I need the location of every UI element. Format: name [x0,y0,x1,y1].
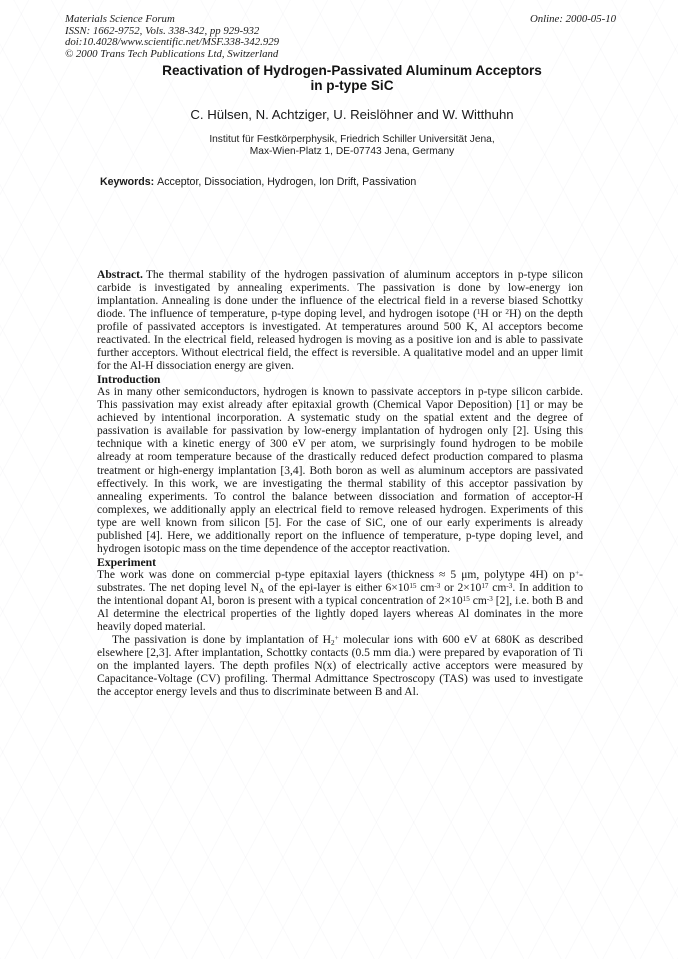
front-matter: Reactivation of Hydrogen-Passivated Alum… [0,63,678,159]
paper-title: Reactivation of Hydrogen-Passivated Alum… [26,63,678,94]
paper-body: Abstract.The thermal stability of the hy… [97,269,583,700]
affiliation: Institut für Festkörperphysik, Friedrich… [26,134,678,159]
paper-title-line-1: Reactivation of Hydrogen-Passivated Alum… [26,63,678,79]
online-date: Online: 2000-05-10 [530,14,616,26]
section-heading-experiment: Experiment [97,556,583,569]
journal-header: Materials Science Forum ISSN: 1662-9752,… [0,14,678,61]
section-heading-introduction: Introduction [97,373,583,386]
experiment-paragraph-1: The work was done on commercial p-type e… [97,569,583,634]
copyright-line: © 2000 Trans Tech Publications Ltd, Swit… [65,49,279,61]
journal-name: Materials Science Forum [65,14,279,26]
authors-line: C. Hülsen, N. Achtziger, U. Reislöhner a… [26,107,678,123]
scanned-paper-page: Materials Science Forum ISSN: 1662-9752,… [0,0,678,959]
keywords-line: Keywords:Acceptor, Dissociation, Hydroge… [100,176,618,189]
journal-header-left: Materials Science Forum ISSN: 1662-9752,… [65,14,279,61]
keywords-label: Keywords: [100,176,154,188]
affiliation-line-1: Institut für Festkörperphysik, Friedrich… [26,134,678,147]
keywords-text: Acceptor, Dissociation, Hydrogen, Ion Dr… [157,176,416,188]
introduction-paragraph: As in many other semiconductors, hydroge… [97,386,583,556]
affiliation-line-2: Max-Wien-Platz 1, DE-07743 Jena, Germany [26,146,678,159]
abstract-paragraph: Abstract.The thermal stability of the hy… [97,269,583,373]
experiment-paragraph-2: The passivation is done by implantation … [97,634,583,699]
abstract-label: Abstract. [97,269,143,281]
abstract-text: The thermal stability of the hydrogen pa… [97,269,583,372]
paper-title-line-2: in p-type SiC [26,78,678,94]
